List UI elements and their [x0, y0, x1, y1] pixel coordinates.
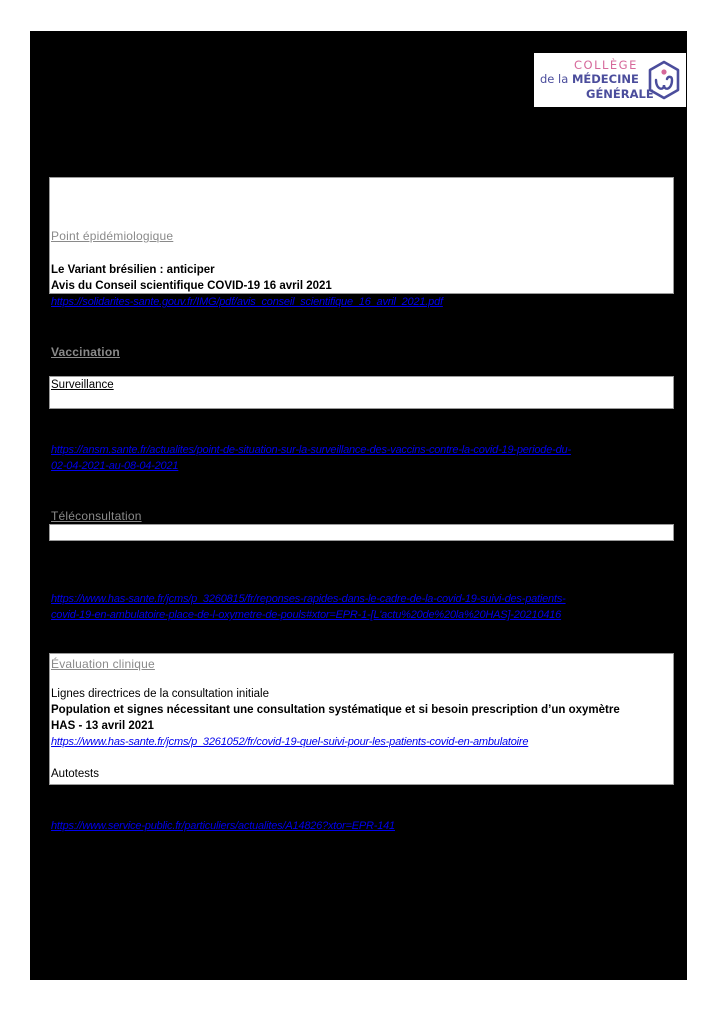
document-page — [30, 31, 687, 980]
logo-line-1: COLLÈGE — [574, 58, 638, 72]
link-has-oxymetre-line1[interactable]: https://www.has-sante.fr/jcms/p_3260815/… — [51, 592, 566, 607]
lignes-directrices-text: Lignes directrices de la consultation in… — [51, 687, 269, 702]
logo-line-3: GÉNÉRALE — [586, 87, 654, 101]
subheading-surveillance: Surveillance — [51, 378, 114, 393]
population-signes-text: Population et signes nécessitant une con… — [51, 703, 620, 718]
has-date-text: HAS - 13 avril 2021 — [51, 719, 154, 734]
link-avis-conseil-scientifique[interactable]: https://solidarites-sante.gouv.fr/IMG/pd… — [51, 295, 443, 310]
link-ansm-surveillance-line1[interactable]: https://ansm.sante.fr/actualites/point-d… — [51, 443, 571, 458]
link-ansm-surveillance-line2[interactable]: 02-04-2021-au-08-04-2021 — [51, 459, 178, 474]
heading-point-epidemiologique: Point épidémiologique — [51, 229, 173, 244]
college-medecine-generale-logo: COLLÈGE de la MÉDECINE GÉNÉRALE — [534, 53, 686, 107]
heading-vaccination: Vaccination — [51, 345, 120, 360]
autotests-text: Autotests — [51, 767, 99, 782]
variant-title: Le Variant brésilien : anticiper — [51, 263, 215, 278]
surveillance-box — [49, 376, 674, 409]
logo-line-2-prefix: de la — [540, 72, 572, 86]
link-has-suivi-ambulatoire[interactable]: https://www.has-sante.fr/jcms/p_3261052/… — [51, 735, 528, 750]
conseil-scientifique-subtitle: Avis du Conseil scientifique COVID-19 16… — [51, 279, 332, 294]
logo-line-2: de la MÉDECINE — [540, 72, 639, 86]
logo-line-2-bold: MÉDECINE — [572, 72, 639, 86]
hexagon-heart-icon — [647, 60, 681, 100]
link-service-public-autotests[interactable]: https://www.service-public.fr/particulie… — [51, 819, 395, 834]
heading-evaluation-clinique: Évaluation clinique — [51, 657, 155, 672]
link-has-oxymetre-line2[interactable]: covid-19-en-ambulatoire-place-de-l-oxyme… — [51, 608, 561, 623]
heading-teleconsultation: Téléconsultation — [51, 509, 142, 524]
teleconsultation-box — [49, 524, 674, 541]
